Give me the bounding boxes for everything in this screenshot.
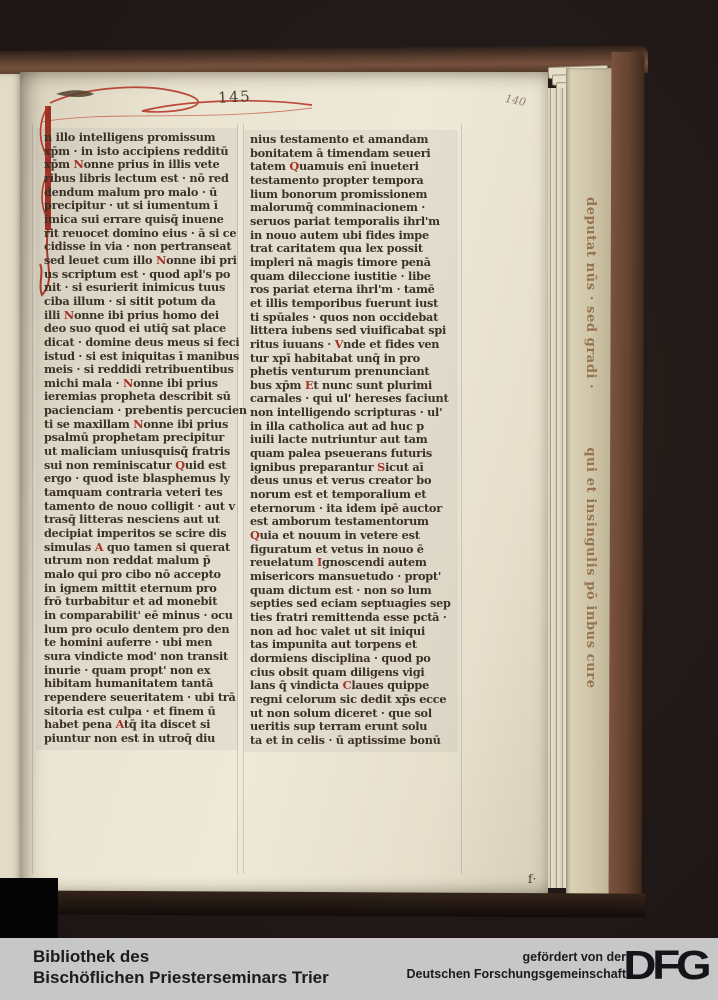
- fore-edge-title: deputat nūs · sed gradi ·qui et insingul…: [580, 197, 598, 777]
- manuscript-text-line: tamquam contraria veteri tes: [44, 486, 242, 500]
- manuscript-text-line: littera iubens sed viuificabat spi: [250, 324, 462, 338]
- manuscript-text-line: ti spūales · quos non occidebat: [250, 311, 462, 325]
- manuscript-text-line: seruos pariat temporalis ihrl'm: [250, 215, 462, 229]
- manuscript-text-line: xp̄m · in isto accipiens redditū: [44, 145, 242, 159]
- manuscript-text-line: tatem Quamuis enī inueteri: [250, 160, 462, 174]
- manuscript-text-line: lium bonorum promissionem: [250, 188, 462, 202]
- manuscript-text-line: bus xp̄m Et nunc sunt plurimi: [250, 379, 462, 393]
- manuscript-text-line: malo qui pro cibo nō accepto: [44, 568, 242, 582]
- manuscript-text-line: in ignem mittit eternum pro: [44, 582, 242, 596]
- manuscript-text-line: ties fratri remittenda esse pctā ·: [250, 611, 462, 625]
- credit-footer-bar: Bibliothek des Bischöflichen Priestersem…: [0, 938, 718, 1000]
- manuscript-text-line: sitoria est culpa · et finem ū: [44, 705, 242, 719]
- manuscript-text-line: in comparabilit' eē minus · ocu: [44, 609, 242, 623]
- manuscript-text-line: Quia et nouum in vetere est: [250, 529, 462, 543]
- manuscript-text-line: dicat · domine deus meus si feci: [44, 336, 242, 350]
- manuscript-text-line: imica sui errare quisq̄ inuene: [44, 213, 242, 227]
- manuscript-text-line: illi Nonne ibi prius homo dei: [44, 309, 242, 323]
- fore-edge-title-segment: deputat nūs · sed gradi ·: [583, 197, 598, 389]
- manuscript-text-line: in illa catholica aut ad huc p: [250, 420, 462, 434]
- manuscript-text-line: figuratum et vetus in nouo ē: [250, 543, 462, 557]
- manuscript-text-line: trasq̄ litteras nesciens aut ut: [44, 513, 242, 527]
- library-credit: Bibliothek des Bischöflichen Priestersem…: [33, 946, 329, 988]
- funding-credit-line1: gefördert von der: [407, 949, 627, 966]
- manuscript-text-line: habet pena Atq̄ ita discet si: [44, 718, 242, 732]
- manuscript-text-line: norum est et temporalium et: [250, 488, 462, 502]
- manuscript-text-line: ueritis sup terram erunt solu: [250, 720, 462, 734]
- manuscript-text-line: tamento de nouo colligit · aut v: [44, 500, 242, 514]
- manuscript-text-line: istud · si est iniquitas ī manibus: [44, 350, 242, 364]
- manuscript-text-line: iuili lacte nutriuntur aut tam: [250, 433, 462, 447]
- manuscript-text-line: quam dileccione iustitie · libe: [250, 270, 462, 284]
- manuscript-text-line: in nouo autem ubi fides impe: [250, 229, 462, 243]
- manuscript-text-line: bonitatem ā timendam seueri: [250, 147, 462, 161]
- library-credit-line2: Bischöflichen Priesterseminars Trier: [33, 967, 329, 988]
- manuscript-text-line: te homini auferre · ubi men: [44, 636, 242, 650]
- manuscript-text-line: regni celorum sic dedit xp̄s ecce: [250, 693, 462, 707]
- manuscript-text-line: xp̄m Nonne prius in illis vete: [44, 158, 242, 172]
- manuscript-text-line: phetis venturum prenunciant: [250, 365, 462, 379]
- fore-edge-strip: deputat nūs · sed gradi ·qui et insingul…: [566, 68, 612, 906]
- manuscript-text-line: ut non solum diceret · que sol: [250, 707, 462, 721]
- library-credit-line1: Bibliothek des: [33, 946, 329, 967]
- manuscript-text-line: non intelligendo scripturas · ul': [250, 406, 462, 420]
- manuscript-text-line: sura vindicte mod' non transit: [44, 650, 242, 664]
- manuscript-text-line: tas impunita aut torpens et: [250, 638, 462, 652]
- manuscript-text-line: dormiens disciplina · quod po: [250, 652, 462, 666]
- manuscript-text-line: simulas A quo tamen si querat: [44, 541, 242, 555]
- manuscript-text-line: testamento propter tempora: [250, 174, 462, 188]
- dfg-logo: DFG: [623, 946, 707, 986]
- manuscript-text-line: quam dictum est · non so lum: [250, 584, 462, 598]
- manuscript-text-line: ut maliciam uniusquisq̄ fratris: [44, 445, 242, 459]
- manuscript-text-line: decipiat imperitos se scire dis: [44, 527, 242, 541]
- page-number: 145: [218, 87, 252, 107]
- manuscript-text-line: ieremias propheta describit sū: [44, 390, 242, 404]
- photo-mat-corner: [0, 878, 58, 938]
- manuscript-text-line: eternorum · ita idem ipē auctor: [250, 502, 462, 516]
- quire-signature-mark: f·: [528, 872, 536, 886]
- manuscript-text-line: malorumq̄ comminacionem ·: [250, 201, 462, 215]
- left-text-column: n illo intelligens promissumxp̄m · in is…: [44, 131, 242, 746]
- manuscript-text-line: nit · si esurierit inimicus tuus: [44, 281, 242, 295]
- manuscript-text-line: cius obsit quam diligens vigi: [250, 666, 462, 680]
- manuscript-text-line: et illis temporibus fuerunt iust: [250, 297, 462, 311]
- manuscript-text-line: cidisse in via · non pertranseat: [44, 240, 242, 254]
- manuscript-text-line: deus unus et verus creator bo: [250, 474, 462, 488]
- funding-credit-line2: Deutschen Forschungsgemeinschaft: [407, 966, 627, 983]
- manuscript-text-line: misericors mansuetudo · propt': [250, 570, 462, 584]
- manuscript-text-line: ritus iuuans · Vnde et fides ven: [250, 338, 462, 352]
- manuscript-text-line: utrum non reddat malum p̄: [44, 554, 242, 568]
- manuscript-text-line: precipitur · ut si iumentum ī: [44, 199, 242, 213]
- digitized-manuscript-screenshot: deputat nūs · sed gradi ·qui et insingul…: [0, 0, 718, 1000]
- manuscript-text-line: pacienciam · prebentis percucien: [44, 404, 242, 418]
- manuscript-text-line: ergo · quod iste blasphemus ly: [44, 472, 242, 486]
- manuscript-text-line: sui non reminiscatur Quid est: [44, 459, 242, 473]
- manuscript-text-line: psalmū prophetam precipitur: [44, 431, 242, 445]
- manuscript-text-line: carnales · qui ul' hereses faciunt: [250, 392, 462, 406]
- manuscript-text-line: piuntur non est in utroq̄ diu: [44, 732, 242, 746]
- manuscript-text-line: nius testamento et amandam: [250, 133, 462, 147]
- manuscript-text-line: ta et in celis · ū aptissime bonū: [250, 734, 462, 748]
- manuscript-text-line: meis · si reddidi retribuentibus: [44, 363, 242, 377]
- manuscript-text-line: rependere seueritatem · ubi trā: [44, 691, 242, 705]
- right-text-column: nius testamento et amandambonitatem ā ti…: [250, 133, 462, 748]
- manuscript-text-line: septies sed eciam septuagies sep: [250, 597, 462, 611]
- fore-edge-page-stack: [548, 88, 568, 888]
- manuscript-text-line: michi mala · Nonne ibi prius: [44, 377, 242, 391]
- manuscript-text-line: lum pro oculo dentem pro den: [44, 623, 242, 637]
- manuscript-text-line: quam palea pseuerans futuris: [250, 447, 462, 461]
- manuscript-text-line: trat caritatem qua lex possit: [250, 242, 462, 256]
- fore-edge-title-segment: qui et insingulis pō inbus cure: [583, 447, 598, 688]
- codex-photo: deputat nūs · sed gradi ·qui et insingul…: [0, 0, 718, 938]
- manuscript-text-line: ros pariat eterna ihrl'm · tamē: [250, 283, 462, 297]
- manuscript-text-line: n illo intelligens promissum: [44, 131, 242, 145]
- leather-cover-right-edge: [608, 52, 644, 914]
- manuscript-text-line: us scriptum est · quod apl's po: [44, 268, 242, 282]
- manuscript-text-line: inurie · quam propt' non ex: [44, 664, 242, 678]
- manuscript-text-line: reuelatum Ignoscendi autem: [250, 556, 462, 570]
- manuscript-text-line: ribus libris lectum est · nō red: [44, 172, 242, 186]
- manuscript-text-line: rit reuocet domino eius · ā si ce: [44, 227, 242, 241]
- manuscript-text-line: dendum malum pro malo · ū: [44, 186, 242, 200]
- manuscript-text-line: impleri nā magis timore penā: [250, 256, 462, 270]
- manuscript-text-line: hibitam humanitatem tantā: [44, 677, 242, 691]
- manuscript-text-line: frō turbabitur et ad monebit: [44, 595, 242, 609]
- manuscript-text-line: tur xpī habitabat unq̄ in pro: [250, 352, 462, 366]
- manuscript-text-line: sed leuet cum illo Nonne ibi pri: [44, 254, 242, 268]
- manuscript-text-line: ignibus preparantur Sicut aī: [250, 461, 462, 475]
- leather-cover-bottom-edge: [0, 890, 646, 917]
- manuscript-text-line: non ad hoc valet ut sit iniqui: [250, 625, 462, 639]
- manuscript-text-line: ti se maxillam Nonne ibi prius: [44, 418, 242, 432]
- manuscript-text-line: lans q̄ vindicta Claues quippe: [250, 679, 462, 693]
- manuscript-text-line: est amborum testamentorum: [250, 515, 462, 529]
- funding-credit: gefördert von der Deutschen Forschungsge…: [407, 949, 627, 983]
- manuscript-text-line: deo suo quod ei utiq̄ sat place: [44, 322, 242, 336]
- manuscript-text-line: ciba illum · si sitit potum da: [44, 295, 242, 309]
